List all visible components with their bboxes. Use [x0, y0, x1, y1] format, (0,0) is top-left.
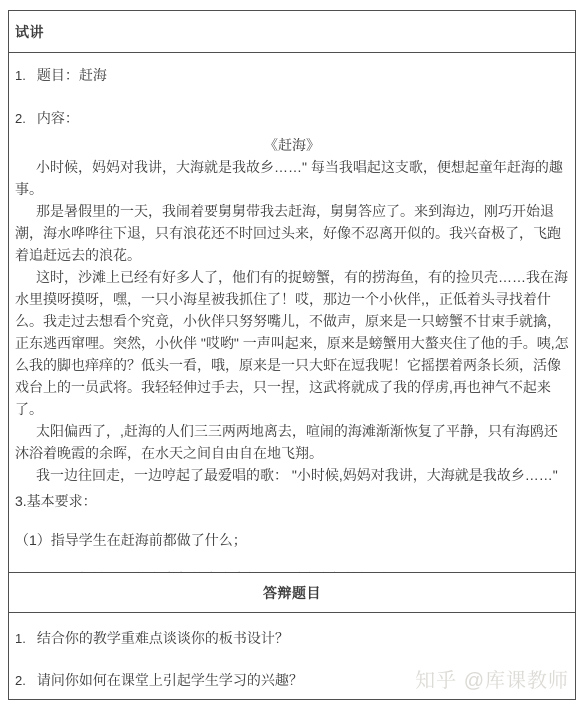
defense-question: 1.结合你的教学重难点谈谈你的板书设计？ [15, 627, 569, 650]
content-label-line: 2.内容： [15, 107, 569, 130]
exam-question-table: 试讲 1.题目：赶海 2.内容： 《赶海》 小时候，妈妈对我讲，大海就是我故乡…… [8, 10, 576, 700]
defense-question: 2.请问你如何在课堂上引起学生学习的兴趣？ [15, 669, 569, 692]
requirement-item: （1）指导学生在赶海前都做了什么； [15, 529, 569, 551]
question-text: 结合你的教学重难点谈谈你的板书设计？ [37, 630, 289, 646]
essay-title: 《赶海》 [15, 134, 569, 156]
section-defense-header: 答辩题目 [9, 573, 575, 613]
trial-lecture-content: 1.题目：赶海 2.内容： 《赶海》 小时候，妈妈对我讲，大海就是我故乡……" … [9, 53, 575, 573]
question-number: 1. [15, 628, 26, 650]
defense-questions: 1.结合你的教学重难点谈谈你的板书设计？ 2.请问你如何在课堂上引起学生学习的兴… [9, 613, 575, 699]
section-trial-lecture-header: 试讲 [9, 11, 575, 53]
question-text: 请问你如何在课堂上引起学生学习的兴趣？ [37, 672, 303, 688]
document-page: 试讲 1.题目：赶海 2.内容： 《赶海》 小时候，妈妈对我讲，大海就是我故乡…… [0, 0, 583, 708]
topic-text: 题目：赶海 [37, 67, 107, 83]
essay-paragraph: 这时，沙滩上已经有好多人了，他们有的捉螃蟹，有的捞海鱼，有的捡贝壳……我在海水里… [15, 266, 569, 420]
trial-lecture-title: 试讲 [15, 22, 44, 42]
defense-title: 答辩题目 [263, 583, 321, 603]
question-number: 2. [15, 670, 26, 692]
content-number: 2. [15, 108, 26, 130]
essay-paragraph: 太阳偏西了，,赶海的人们三三两两地离去，喧闹的海滩渐渐恢复了平静，只有海鸥还沐浴… [15, 420, 569, 464]
content-label-text: 内容： [37, 110, 79, 126]
essay-paragraph: 小时候，妈妈对我讲，大海就是我故乡……" 每当我唱起这支歌，便想起童年赶海的趣事… [15, 156, 569, 200]
essay-paragraph: 我一边往回走，一边哼起了最爱唱的歌： "小时候,妈妈对我讲，大海就是我故乡……" [15, 464, 569, 486]
topic-line: 1.题目：赶海 [15, 64, 569, 87]
requirements-title: 3.基本要求： [15, 490, 569, 512]
topic-number: 1. [15, 65, 26, 87]
essay-paragraph: 那是暑假里的一天，我闹着要舅舅带我去赶海，舅舅答应了。来到海边，刚巧开始退潮，海… [15, 200, 569, 266]
